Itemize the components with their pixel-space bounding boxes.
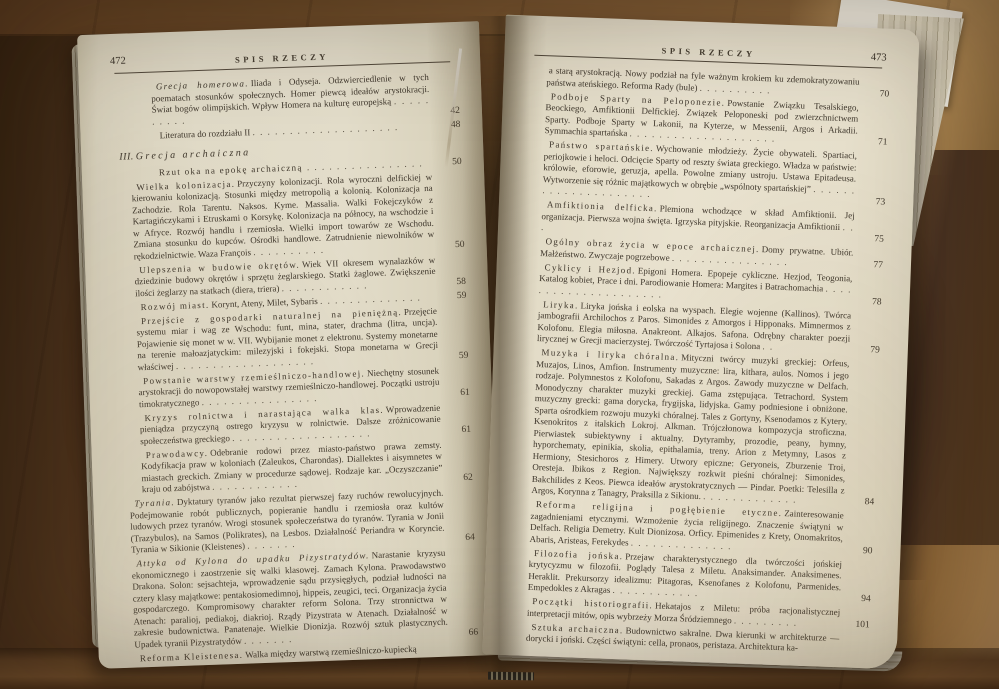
entry-lead-text: Rzut oka na epokę archaiczną — [159, 162, 305, 177]
leader-dots: . . . . . . . . . . . . . — [703, 491, 797, 504]
entry-page-ref: 58 — [456, 276, 466, 288]
leader-dots: . . . . . . . . . . . . . . — [320, 292, 422, 306]
leader-dots: . . . . . . . . . . — [700, 82, 772, 95]
toc-entry: Attyka od Kylona do upadku Pizystratydów… — [131, 547, 470, 651]
toc-entry: Grecja homerowa.Iliada i Odyseja. Odzwie… — [151, 71, 452, 127]
entry-lead-text: Prawodawcy. — [146, 447, 211, 459]
leader-dots: . . . . . . . . . . . . — [612, 585, 699, 598]
leader-dots: . . . . . . . . . . . . — [212, 479, 299, 492]
right-running-title: SPIS RZECZY — [535, 41, 883, 64]
leader-dots: . . . . . . . — [247, 539, 296, 551]
right-page-number: 473 — [871, 52, 887, 64]
right-page-header: SPIS RZECZY 473 — [534, 38, 882, 69]
entry-page-ref: 61 — [461, 424, 471, 436]
entry-page-ref: 50 — [455, 239, 465, 251]
entry-page-ref: 50 — [452, 156, 462, 168]
leader-dots: . . . . . . . . . — [734, 615, 798, 627]
entry-page-ref: 75 — [874, 234, 884, 246]
entry-page-ref: 101 — [855, 619, 870, 631]
entry-description: Korynt, Ateny, Milet, Sybaris — [211, 295, 318, 309]
entry-lead-text: Tyrania. — [134, 497, 177, 508]
leader-dots: . . . . . . . . . . . . . . . . — [307, 158, 424, 172]
entry-page-ref: 66 — [468, 627, 478, 639]
entry-page-ref: 78 — [872, 297, 882, 309]
entry-lead-text: Rozwój miast. — [140, 299, 211, 311]
entry-description: Liryka jońska i eolska na wyspach. Elegi… — [537, 300, 851, 351]
toc-entry: Tyrania.Dyktatury tyranów jako rezultat … — [129, 487, 467, 556]
entry-page-ref: 59 — [459, 350, 469, 362]
leader-dots: . . . . . . . . . . . . . . . . . . . . — [252, 122, 399, 137]
entry-page-ref: 73 — [875, 197, 885, 209]
entry-page-ref: 94 — [861, 594, 871, 606]
spine-stitching — [488, 672, 534, 681]
entry-description: Iliada i Odyseja. Odzwierciedlenie w tyc… — [151, 72, 429, 115]
entry-lead-text: III. — [119, 151, 136, 163]
left-page-header: 472 SPIS RZECZY — [114, 44, 450, 74]
leader-dots: . . . . . . . . . . . . — [281, 280, 368, 293]
toc-entry: Wielka kolonizacja.Przyczyny kolonizacji… — [131, 171, 457, 263]
entry-page-ref: 79 — [870, 345, 880, 357]
leader-dots: . . . . . . . . . . . . . . — [631, 537, 733, 551]
toc-entry: Muzyka i liryka chóralna.Mityczni twórcy… — [531, 347, 871, 509]
entry-page-ref: 62 — [463, 473, 473, 485]
entry-page-ref: 90 — [863, 546, 873, 558]
leader-dots: . . . . . . . . . . . . . . . . — [201, 393, 318, 407]
entry-description: Mityczni twórcy muzyki greckiej: Orfeus,… — [531, 352, 849, 501]
toc-entry: Państwo spartańskie.Wychowanie młodzieży… — [542, 139, 879, 209]
left-page-content: 472 SPIS RZECZY Grecja homerowa.Iliada i… — [77, 21, 501, 669]
right-page: SPIS RZECZY 473 a starą arystokracją. No… — [482, 15, 919, 670]
leader-dots: . . — [762, 341, 774, 351]
leader-dots: . . . . . . . . . . — [253, 244, 325, 256]
toc-entry: Przejście z gospodarki naturalnej na pie… — [136, 305, 461, 374]
entry-page-ref: 71 — [878, 137, 888, 149]
left-page: 472 SPIS RZECZY Grecja homerowa.Iliada i… — [77, 21, 501, 669]
entry-page-ref: 77 — [873, 260, 883, 272]
entry-page-ref: 64 — [465, 533, 475, 545]
toc-entry: Prawodawcy.Odebranie rodowi przez miasto… — [141, 438, 465, 495]
entry-description: Grecja archaiczna — [136, 147, 251, 162]
entry-page-ref: 70 — [879, 89, 889, 101]
entry-lead-text: Liryka. — [543, 299, 581, 310]
right-toc-list: a starą arystokracją. Nowy podział na fy… — [513, 65, 882, 657]
leader-dots: . . . . . . . — [244, 634, 293, 646]
right-page-content: SPIS RZECZY 473 a starą arystokracją. No… — [482, 15, 919, 670]
photo-of-open-book: 472 SPIS RZECZY Grecja homerowa.Iliada i… — [0, 0, 999, 689]
entry-description: Literatura do rozdziału II — [159, 127, 250, 140]
left-toc-list: Grecja homerowa.Iliada i Odyseja. Odzwie… — [115, 71, 471, 664]
entry-page-ref: 84 — [865, 497, 875, 509]
entry-lead-text: Reforma Kleistenesa. — [140, 649, 246, 663]
left-running-title: SPIS RZECZY — [114, 47, 450, 69]
entry-page-ref: 59 — [457, 290, 467, 302]
entry-page-ref: 61 — [460, 387, 470, 399]
